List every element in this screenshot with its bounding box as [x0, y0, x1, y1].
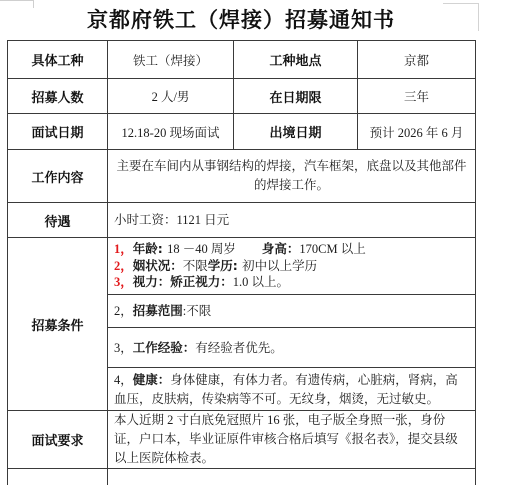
condition-number: 3， [114, 341, 133, 355]
cell-conditions-item4: 4，健康：身体健康，有体力者。有遗传病，心脏病，肾病，高血压，皮肤病，传染病等不… [108, 368, 476, 411]
table-row-job-type: 具体工种 铁工（焊接） 工种地点 京都 [8, 41, 476, 79]
cell-conditions-item1: 1，年龄: 18 －40 周岁身高：170CM 以上 2，姻状况：不限学历: 初… [108, 238, 476, 295]
table-row-interview-date: 面试日期 12.18-20 现场面试 出境日期 预计 2026 年 6 月 [8, 114, 476, 150]
condition-key: 年龄: [133, 241, 167, 256]
table-row-interview-requirements: 面试要求 本人近期 2 寸白底免冠照片 16 张，电子版全身照一张，身份证，户口… [8, 411, 476, 469]
table-row-clipped [8, 469, 476, 485]
cell-conditions-item3: 3，工作经验：有经验者优先。 [108, 328, 476, 368]
cell-value-work-content: 主要在车间内从事钢结构的焊接，汽车框架，底盘以及其他部件的焊接工作。 [108, 150, 476, 203]
cell-value-location: 京都 [358, 41, 476, 79]
recruitment-notice-table: 具体工种 铁工（焊接） 工种地点 京都 招募人数 2 人/男 在日期限 三年 面… [7, 40, 476, 485]
cell-empty [8, 469, 108, 485]
condition-line-marital-education: 2，姻状况：不限学历: 初中以上学历 [114, 258, 469, 275]
condition-line-vision: 3，视力：矫正视力：1.0 以上。 [114, 274, 469, 291]
cell-label-interview-requirements: 面试要求 [8, 411, 108, 469]
cell-value-interview-requirements: 本人近期 2 寸白底免冠照片 16 张，电子版全身照一张，身份证，户口本，毕业证… [108, 411, 476, 469]
condition-key: 姻状况： [133, 258, 183, 273]
document-title: 京都府铁工（焊接）招募通知书 [7, 3, 475, 37]
cell-label-interview-date: 面试日期 [8, 114, 108, 150]
condition-key: 身高： [262, 241, 300, 256]
condition-value: 有经验者优先。 [195, 341, 283, 355]
table-row-treatment: 待遇 小时工资：1121 日元 [8, 203, 476, 238]
condition-key: 学历: [208, 258, 242, 273]
cell-label-headcount: 招募人数 [8, 79, 108, 114]
condition-value: 初中以上学历 [242, 259, 317, 273]
condition-number: 1， [114, 242, 133, 256]
condition-line-age: 1，年龄: 18 －40 周岁身高：170CM 以上 [114, 241, 469, 258]
condition-value: :不限 [183, 304, 211, 318]
cell-label-departure-date: 出境日期 [234, 114, 358, 150]
cell-label-location: 工种地点 [234, 41, 358, 79]
table-row-work-content: 工作内容 主要在车间内从事钢结构的焊接，汽车框架，底盘以及其他部件的焊接工作。 [8, 150, 476, 203]
cell-label-job-type: 具体工种 [8, 41, 108, 79]
condition-key: 工作经验： [133, 340, 196, 355]
cell-label-conditions: 招募条件 [8, 238, 108, 411]
condition-key: 视力：矫正视力： [133, 274, 233, 289]
cell-empty [108, 469, 476, 485]
condition-number: 4， [114, 373, 133, 387]
table-row-conditions-1: 招募条件 1，年龄: 18 －40 周岁身高：170CM 以上 2，姻状况：不限… [8, 238, 476, 295]
cell-label-work-content: 工作内容 [8, 150, 108, 203]
cell-conditions-item2: 2，招募范围:不限 [108, 295, 476, 328]
document-page: { "title": "京都府铁工（焊接）招募通知书", "colors": {… [0, 0, 517, 485]
condition-value: 18 －40 周岁 [167, 242, 236, 256]
cell-value-interview-date: 12.18-20 现场面试 [108, 114, 234, 150]
cell-value-job-type: 铁工（焊接） [108, 41, 234, 79]
cell-label-treatment: 待遇 [8, 203, 108, 238]
condition-number: 2， [114, 304, 133, 318]
condition-key: 招募范围 [133, 303, 183, 318]
condition-value: 170CM 以上 [299, 242, 365, 256]
condition-number: 2， [114, 259, 133, 273]
cell-value-stay-period: 三年 [358, 79, 476, 114]
cell-value-treatment: 小时工资：1121 日元 [108, 203, 476, 238]
cell-label-stay-period: 在日期限 [234, 79, 358, 114]
cell-value-headcount: 2 人/男 [108, 79, 234, 114]
cell-value-departure-date: 预计 2026 年 6 月 [358, 114, 476, 150]
table-row-headcount: 招募人数 2 人/男 在日期限 三年 [8, 79, 476, 114]
condition-number: 3， [114, 275, 133, 289]
condition-key: 健康： [133, 372, 171, 387]
condition-value: 不限 [183, 259, 208, 273]
condition-value: 1.0 以上。 [233, 275, 289, 289]
